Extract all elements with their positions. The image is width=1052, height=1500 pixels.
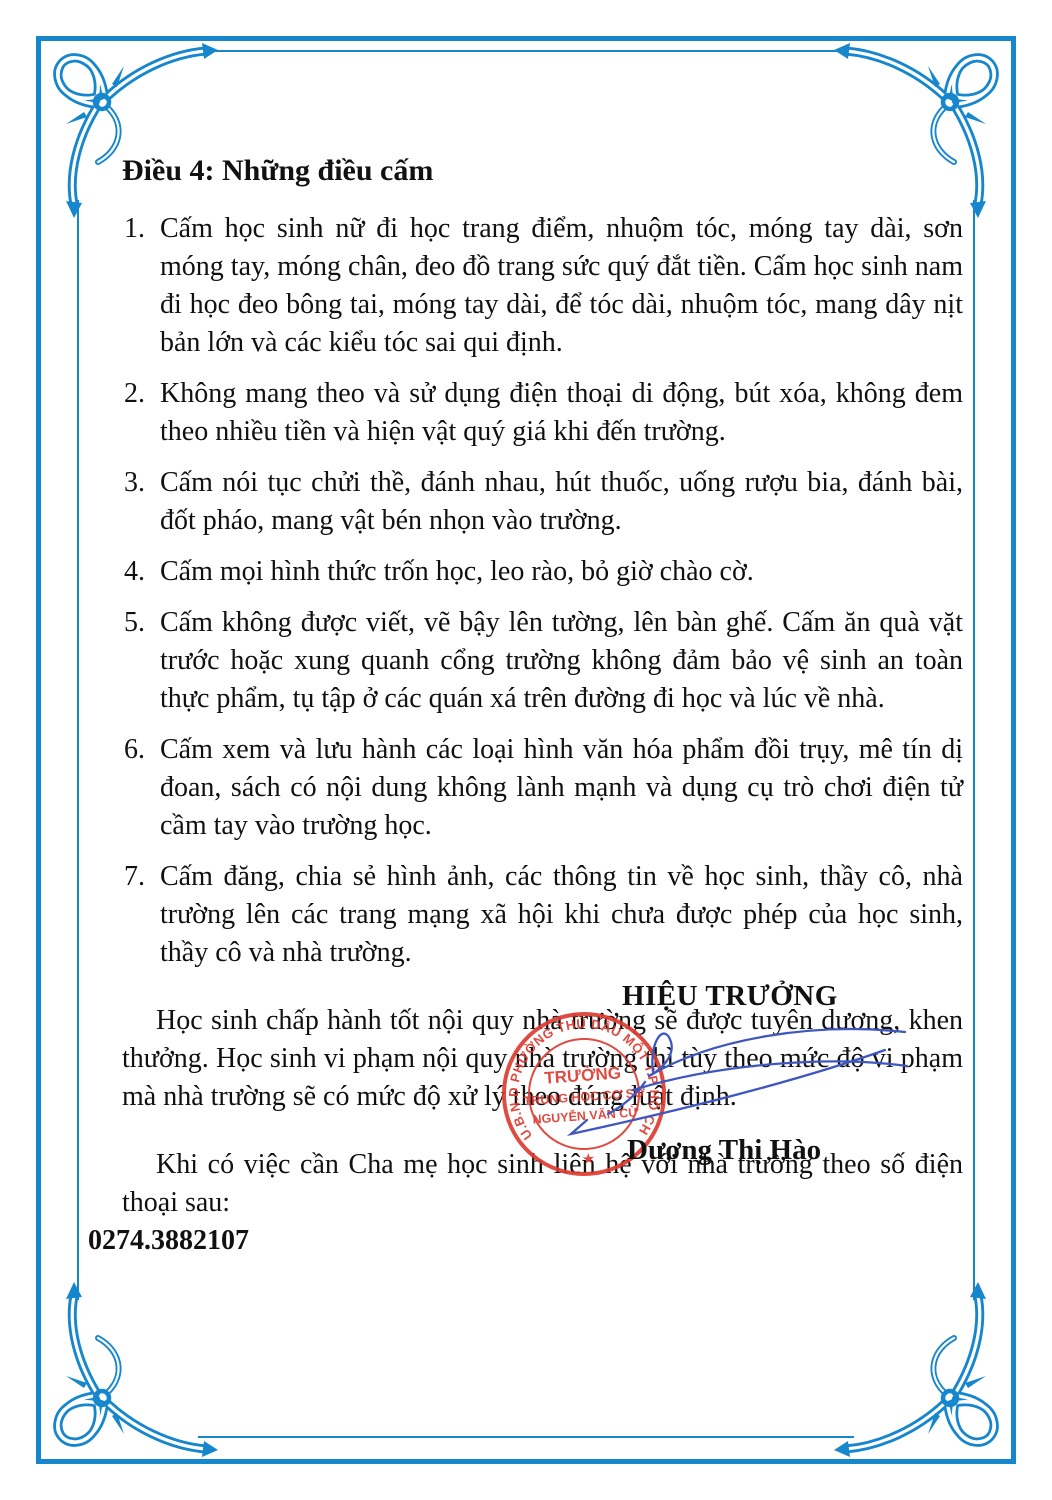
rule-number: 6. [124,731,145,769]
rule-number: 2. [124,375,145,413]
rule-item-6: 6.Cấm xem và lưu hành các loại hình văn … [122,731,963,845]
rule-text: Cấm nói tục chửi thề, đánh nhau, hút thu… [160,467,963,536]
corner-ornament-bottom-right [834,1282,1014,1462]
rule-item-3: 3.Cấm nói tục chửi thề, đánh nhau, hút t… [122,464,963,540]
rule-text: Cấm không được viết, vẽ bậy lên tường, l… [160,607,963,714]
page-title: Điều 4: Những điều cấm [122,152,963,190]
rule-item-2: 2.Không mang theo và sử dụng điện thoại … [122,375,963,451]
stamp-star-icon: ★ [581,1151,596,1168]
rule-text: Cấm đăng, chia sẻ hình ảnh, các thông ti… [160,861,963,968]
rule-number: 1. [124,210,145,248]
inner-border-line-bottom [198,1436,854,1438]
rule-number: 5. [124,604,145,642]
document-page: Điều 4: Những điều cấm 1.Cấm học sinh nữ… [0,0,1052,1500]
inner-border-line-right [973,200,975,1300]
rule-number: 4. [124,553,145,591]
rule-number: 7. [124,858,145,896]
rules-list: 1.Cấm học sinh nữ đi học trang điểm, nhu… [122,210,963,972]
rule-item-4: 4.Cấm mọi hình thức trốn học, leo rào, b… [122,553,963,591]
inner-border-line-top [198,50,854,52]
signer-name: Dương Thị Hào [627,1134,821,1167]
rule-number: 3. [124,464,145,502]
phone-number: 0274.3882107 [88,1222,963,1260]
rule-item-5: 5.Cấm không được viết, vẽ bậy lên tường,… [122,604,963,718]
rule-text: Không mang theo và sử dụng điện thoại di… [160,378,963,447]
handwritten-signature [553,1010,925,1148]
rule-text: Cấm xem và lưu hành các loại hình văn hó… [160,734,963,841]
rule-item-7: 7.Cấm đăng, chia sẻ hình ảnh, các thông … [122,858,963,972]
rule-text: Cấm mọi hình thức trốn học, leo rào, bỏ … [160,556,754,587]
rule-item-1: 1.Cấm học sinh nữ đi học trang điểm, nhu… [122,210,963,362]
corner-ornament-bottom-left [38,1282,218,1462]
inner-border-line-left [77,200,79,1300]
rule-text: Cấm học sinh nữ đi học trang điểm, nhuộm… [160,213,963,358]
